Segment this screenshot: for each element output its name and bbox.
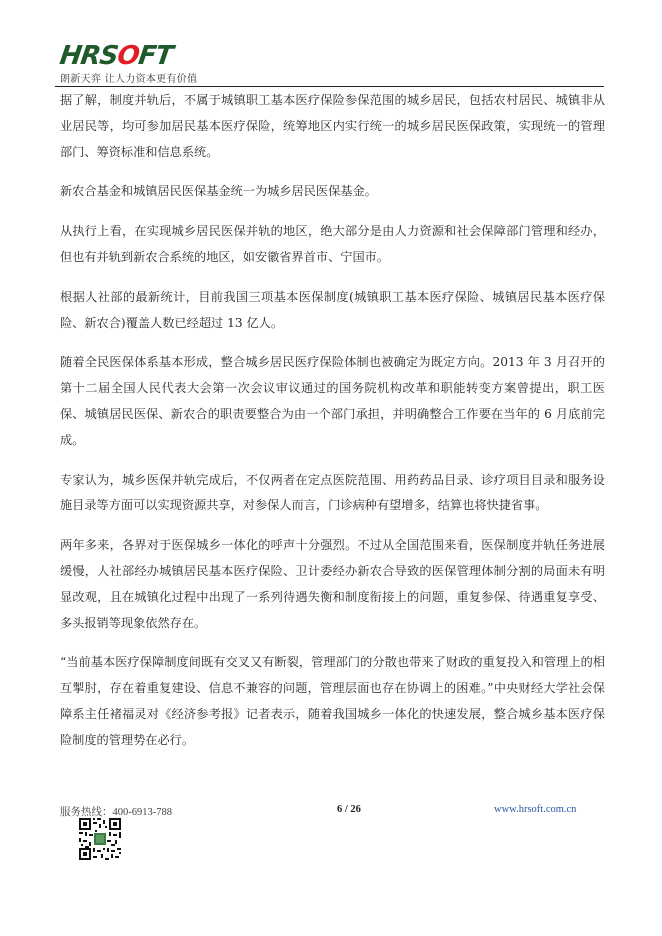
document-page: HRSOFT 朗新天弈 让人力资本更有价值 据了解，制度并轨后，不属于城镇职工基… <box>0 0 662 936</box>
company-logo: HRSOFT 朗新天弈 让人力资本更有价值 <box>58 42 208 86</box>
paragraph: 专家认为，城乡医保并轨完成后，不仅两者在定点医院范围、用药药品目录、诊疗项目目录… <box>60 468 605 520</box>
qr-code-icon <box>78 817 122 861</box>
paragraph: 新农合基金和城镇居民医保基金统一为城乡居民医保基金。 <box>60 179 605 205</box>
logo-text-suffix: FT <box>137 41 175 71</box>
header-divider <box>55 86 604 87</box>
paragraph: 随着全民医保体系基本形成，整合城乡居民医疗保险体制也被确定为既定方向。2013 … <box>60 350 605 453</box>
paragraph: 根据人社部的最新统计，目前我国三项基本医保制度(城镇职工基本医疗保险、城镇居民基… <box>60 285 605 337</box>
document-body: 据了解，制度并轨后，不属于城镇职工基本医疗保险参保范围的城乡居民，包括农村居民、… <box>60 88 605 768</box>
paragraph: 两年多来，各界对于医保城乡一体化的呼声十分强烈。不过从全国范围来看，医保制度并轨… <box>60 533 605 636</box>
logo-slogan: 朗新天弈 让人力资本更有价值 <box>60 70 197 85</box>
website-link[interactable]: www.hrsoft.com.cn <box>494 804 576 815</box>
paragraph: 从执行上看，在实现城乡居民医保并轨的地区，绝大部分是由人力资源和社会保障部门管理… <box>60 219 605 271</box>
paragraph: “当前基本医疗保障制度间既有交叉又有断裂，管理部门的分散也带来了财政的重复投入和… <box>60 650 605 753</box>
page-number: 6 / 26 <box>337 804 361 815</box>
paragraph: 据了解，制度并轨后，不属于城镇职工基本医疗保险参保范围的城乡居民，包括农村居民、… <box>60 88 605 165</box>
page-footer: 服务热线：400-6913-788 6 / 26 www.hrsoft.com.… <box>60 804 605 874</box>
page-header: HRSOFT 朗新天弈 让人力资本更有价值 <box>58 42 604 88</box>
logo-text-prefix: HRS <box>58 41 120 71</box>
logo-wordmark: HRSOFT <box>58 42 174 70</box>
